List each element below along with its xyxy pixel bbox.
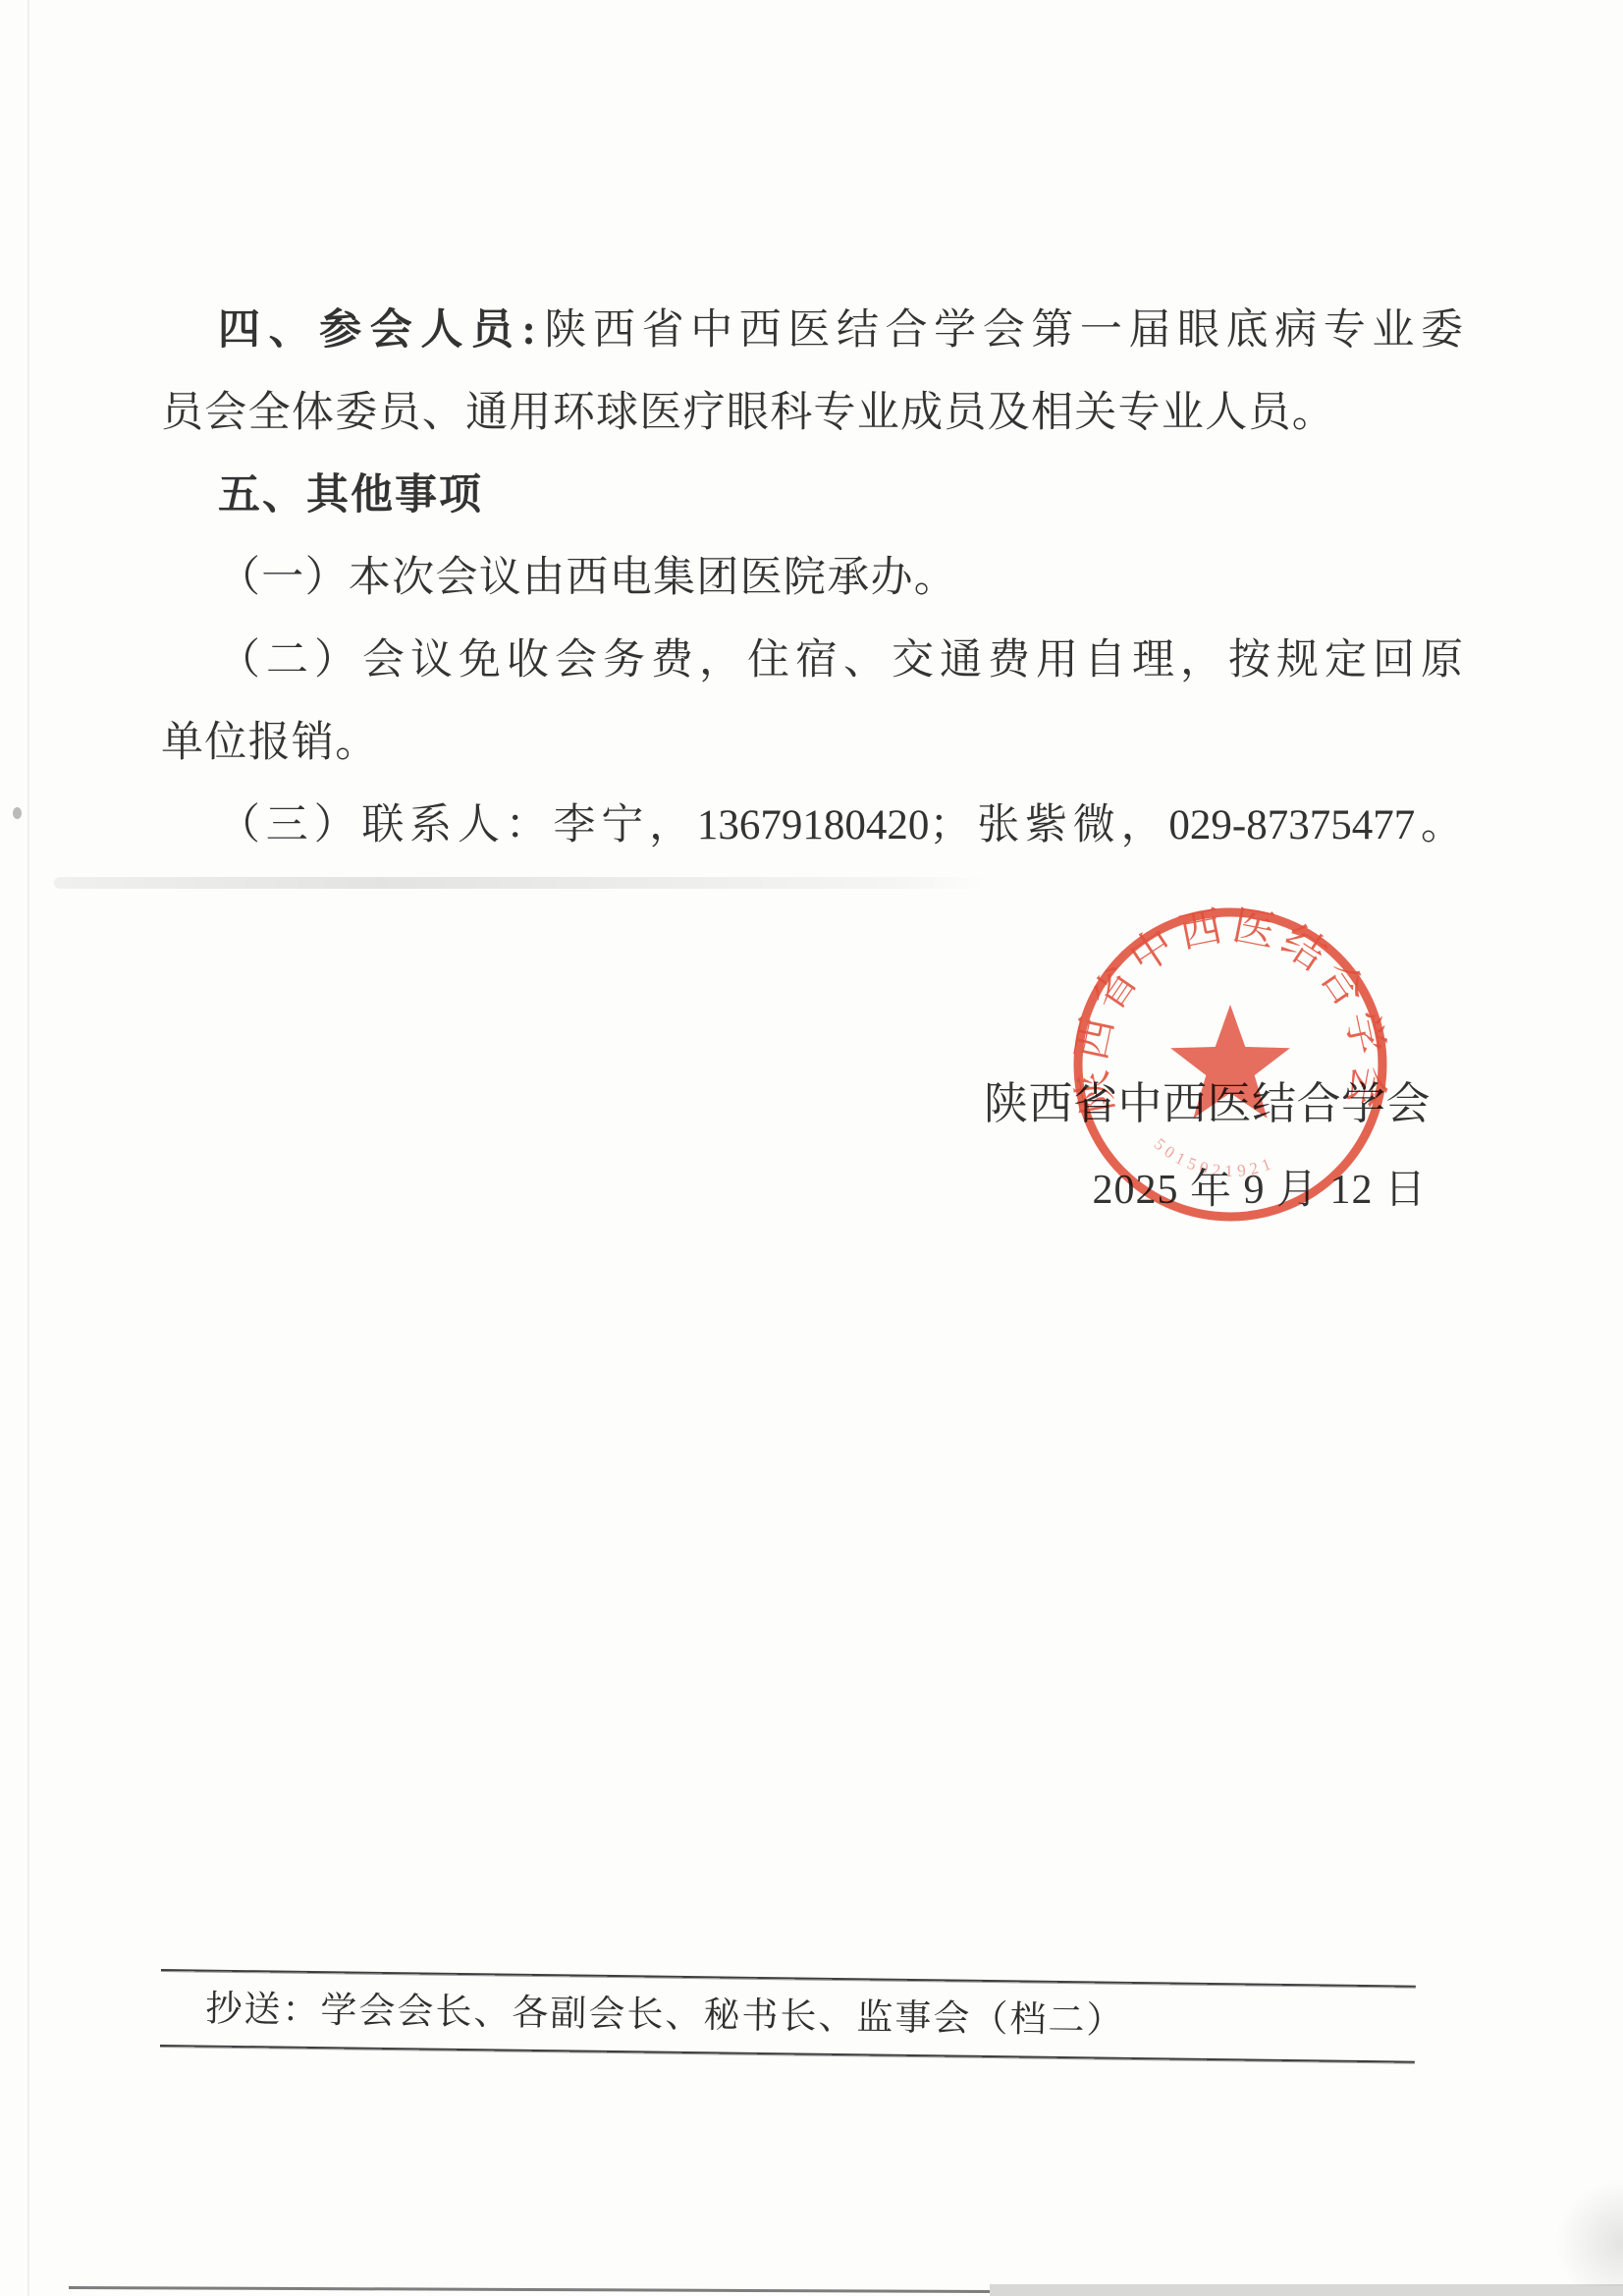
item-2-fees-line2: 单位报销。 <box>161 702 1463 785</box>
paragraph-attendees-line1: 四、参会人员:陕西省中西医结合学会第一届眼底病专业委 <box>161 290 1463 372</box>
seal-code-text: 5015021921 <box>1151 1134 1278 1180</box>
scan-speck <box>13 807 22 819</box>
scan-left-edge <box>27 0 29 2296</box>
scan-bottom-edge-line <box>69 2286 990 2293</box>
scan-bottom-gray-bar <box>990 2284 1623 2296</box>
item-3-contacts: （三）联系人：李宁，13679180420；张紫微，029-87375477。 <box>161 785 1463 867</box>
official-seal: 陕西省中西医结合学会 5015021921 <box>1066 901 1394 1229</box>
section5-heading: 五、其他事项 <box>161 455 1463 537</box>
notice-body: 四、参会人员:陕西省中西医结合学会第一届眼底病专业委 员会全体委员、通用环球医疗… <box>161 290 1463 867</box>
item-1-host: （一）本次会议由西电集团医院承办。 <box>161 537 1463 620</box>
cc-footer: 抄送：学会会长、各副会长、秘书长、监事会（档二） <box>160 1969 1416 2064</box>
scan-streak <box>54 877 987 889</box>
item-2-fees-line1: （二）会议免收会务费，住宿、交通费用自理，按规定回原 <box>161 620 1463 702</box>
section4-label: 四、参会人员: <box>218 307 538 354</box>
scan-corner-smudge <box>1554 2178 1623 2286</box>
seal-code-holder: 5015021921 <box>1151 1134 1278 1180</box>
section4-text: 陕西省中西医结合学会第一届眼底病专业委 <box>538 307 1463 354</box>
scanned-document-page: 四、参会人员:陕西省中西医结合学会第一届眼底病专业委 员会全体委员、通用环球医疗… <box>0 0 1623 2296</box>
paragraph-attendees-line2: 员会全体委员、通用环球医疗眼科专业成员及相关专业人员。 <box>161 372 1463 455</box>
seal-star-icon <box>1170 1005 1290 1119</box>
